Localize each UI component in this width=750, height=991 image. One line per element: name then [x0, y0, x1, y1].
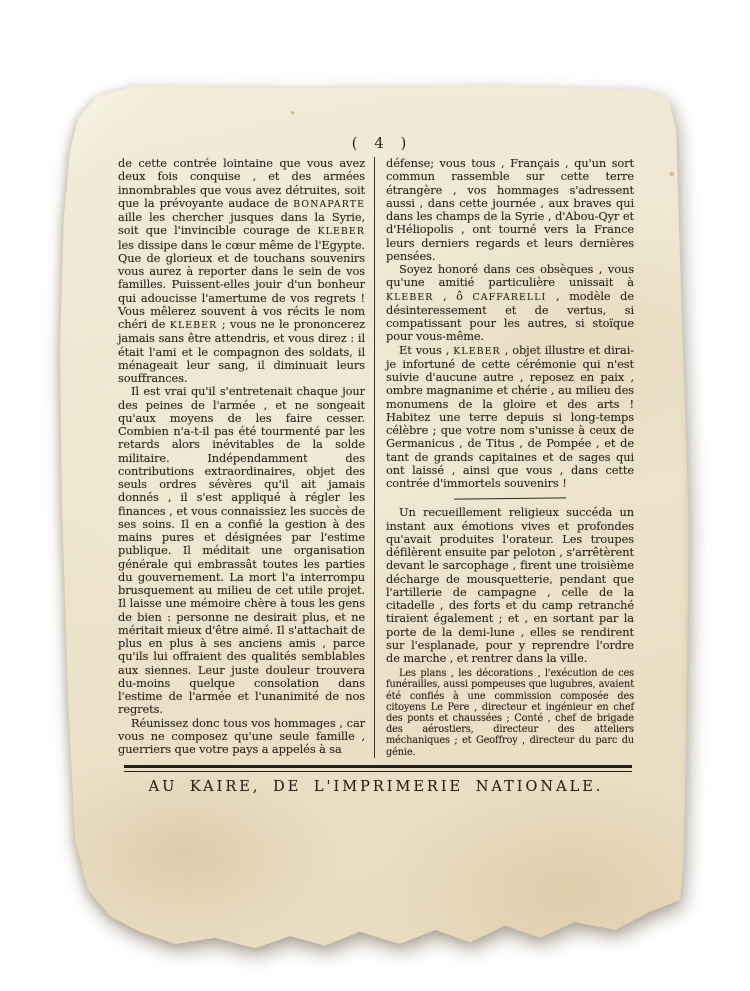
paragraph: Et vous , KLEBER , objet illustre et dir…	[386, 344, 634, 491]
proper-name-smallcaps: KLEBER	[453, 346, 500, 357]
text-run: , objet illustre et dirai-je infortuné d…	[386, 343, 634, 491]
text-run: , ô	[433, 289, 472, 303]
proper-name-smallcaps: CAFFARELLI	[472, 292, 546, 303]
text-column-left: de cette contrée lointaine que vous avez…	[118, 157, 374, 758]
page-number: ( 4 )	[130, 134, 634, 152]
section-divider-rule	[454, 498, 566, 500]
footer-rule	[124, 765, 632, 772]
imprint-line: AU KAIRE, DE L'IMPRIMERIE NATIONALE.	[118, 779, 634, 795]
paragraph: Soyez honoré dans ces obsèques , vous qu…	[386, 263, 634, 344]
text-column-right: défense; vous tous , Français , qu'un so…	[374, 157, 634, 758]
text-run: Et vous ,	[399, 343, 453, 357]
scan-background: { "page": { "number": "4", "number_displ…	[0, 0, 750, 991]
text-run: Les plans , les décorations , l'exécutio…	[386, 668, 634, 757]
paragraph: défense; vous tous , Français , qu'un so…	[386, 157, 634, 263]
paragraph: Réunissez donc tous vos hommages , car v…	[118, 717, 365, 757]
proper-name-smallcaps: BONAPARTE	[293, 199, 365, 210]
proper-name-smallcaps: KLEBER	[318, 226, 365, 237]
text-run: défense; vous tous , Français , qu'un so…	[386, 156, 634, 263]
text-run: Un recueillement religieux succéda un in…	[386, 505, 634, 665]
text-run: Soyez honoré dans ces obsèques , vous qu…	[386, 262, 634, 289]
proper-name-smallcaps: KLEBER	[386, 292, 433, 303]
paragraph: Il est vrai qu'il s'entretenait chaque j…	[118, 385, 365, 716]
paragraph: Un recueillement religieux succéda un in…	[386, 506, 634, 665]
printed-area: ( 4 ) de cette contrée lointaine que vou…	[118, 134, 634, 795]
two-column-text: de cette contrée lointaine que vous avez…	[118, 157, 634, 758]
text-run: Il est vrai qu'il s'entretenait chaque j…	[118, 384, 365, 716]
proper-name-smallcaps: KLEBER	[170, 320, 217, 331]
paragraph: Les plans , les décorations , l'exécutio…	[386, 668, 634, 758]
paragraph: de cette contrée lointaine que vous avez…	[118, 157, 365, 385]
document-page: ( 4 ) de cette contrée lointaine que vou…	[58, 82, 692, 958]
text-run: Réunissez donc tous vos hommages , car v…	[118, 716, 365, 757]
paper-shadow-wrap: ( 4 ) de cette contrée lointaine que vou…	[0, 0, 750, 991]
